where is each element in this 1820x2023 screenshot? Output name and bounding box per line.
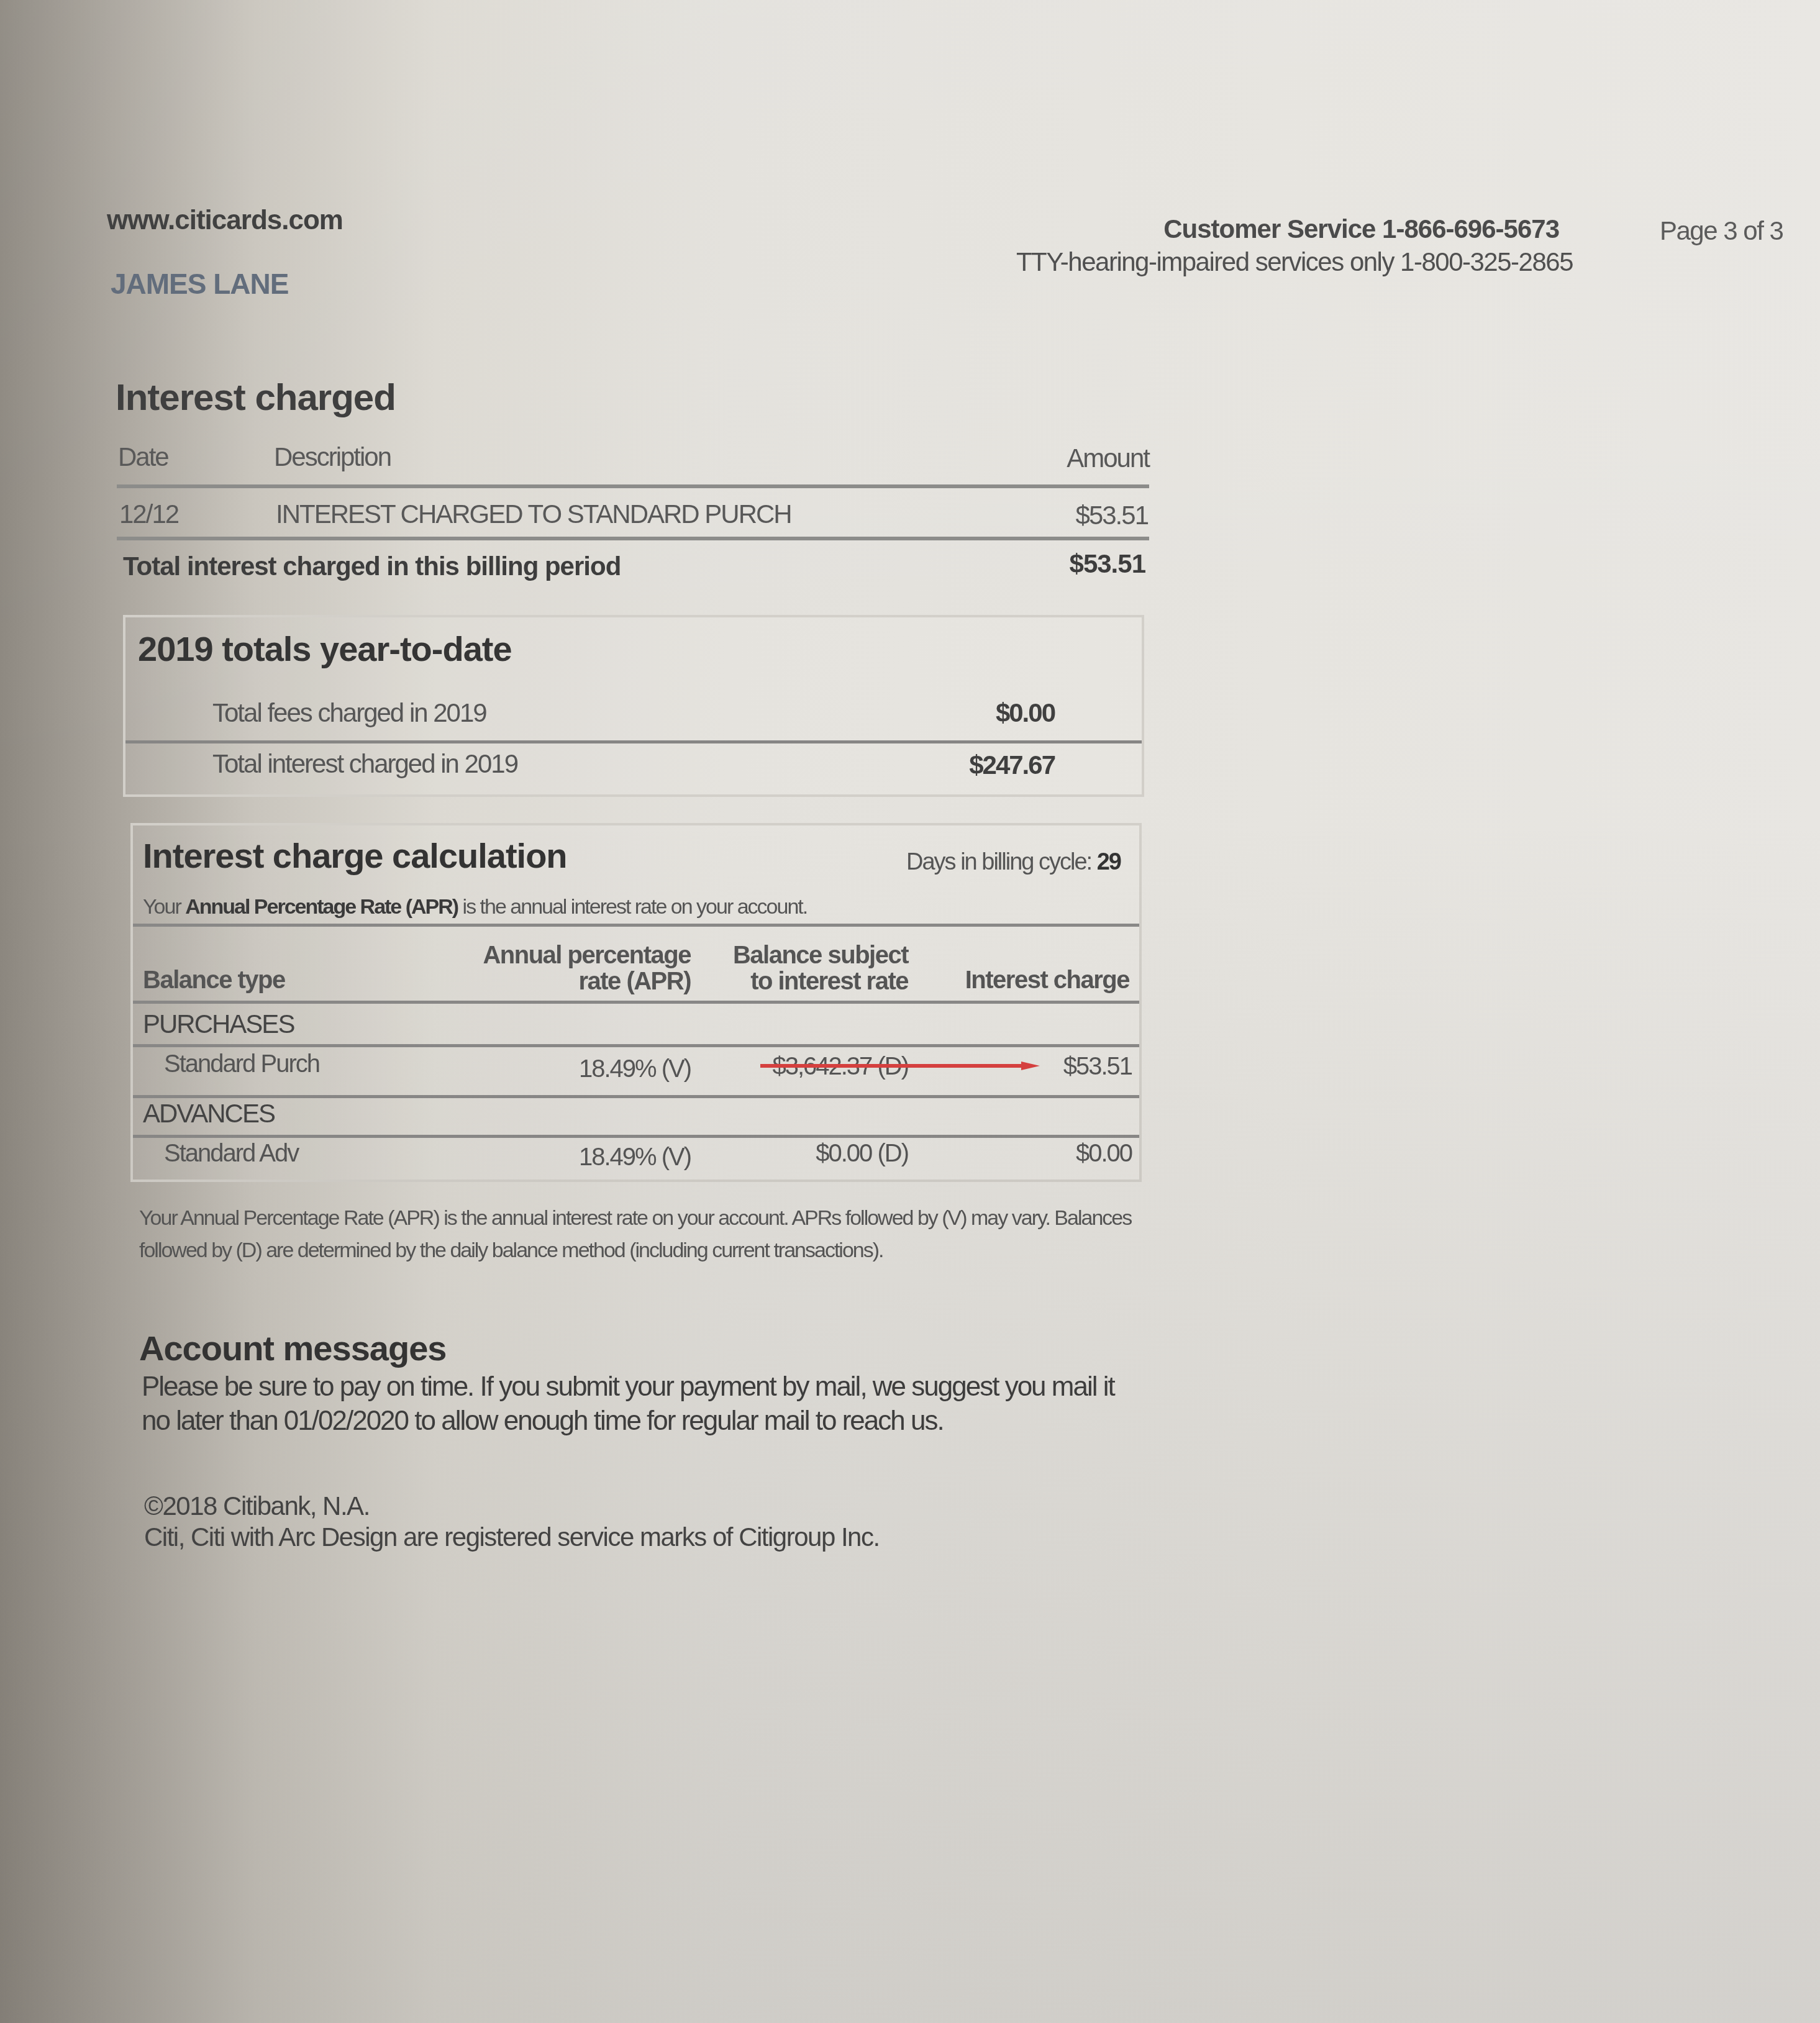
page-indicator: Page 3 of 3 [1660, 216, 1783, 246]
divider [133, 1135, 1139, 1138]
apr-standard-purch: 18.49% (V) [579, 1055, 691, 1083]
legal-text: ©2018 Citibank, N.A. Citi, Citi with Arc… [144, 1491, 1138, 1553]
tty-phone: TTY-hearing-impaired services only 1-800… [1016, 247, 1573, 277]
total-row: Total interest charged in this billing p… [117, 540, 1149, 590]
apr-standard-adv: 18.49% (V) [579, 1143, 691, 1171]
days-in-billing-cycle: Days in billing cycle: 29 [906, 849, 1121, 876]
ytd-row-fees: Total fees charged in 2019 $0.00 [125, 696, 1142, 739]
ytd-fees-value: $0.00 [996, 698, 1055, 728]
column-header-amount: Amount [1067, 443, 1149, 473]
column-header-date: Date [118, 442, 168, 472]
interest-calculation-title: Interest charge calculation [143, 835, 567, 876]
red-arrow-icon [760, 1062, 1040, 1070]
days-value: 29 [1097, 849, 1121, 875]
trademark-notice: Citi, Citi with Arc Design are registere… [144, 1522, 1138, 1553]
divider [125, 740, 1142, 743]
ytd-totals-box: 2019 totals year-to-date Total fees char… [123, 615, 1144, 797]
column-header-description: Description [274, 442, 391, 472]
apr-footnote: Your Annual Percentage Rate (APR) is the… [139, 1202, 1164, 1266]
total-interest-label: Total interest charged in this billing p… [123, 552, 621, 581]
transaction-description: INTEREST CHARGED TO STANDARD PURCH [276, 499, 791, 529]
balance-type-standard-purch: Standard Purch [164, 1050, 319, 1078]
column-header-balance-subject: Balance subject to interest rate [733, 942, 908, 994]
transaction-date: 12/12 [119, 499, 178, 529]
apr-note: Your Annual Percentage Rate (APR) is the… [143, 895, 807, 919]
divider [133, 1044, 1139, 1047]
group-purchases: PURCHASES [143, 1009, 294, 1039]
balance-type-standard-adv: Standard Adv [164, 1140, 298, 1168]
copyright: ©2018 Citibank, N.A. [144, 1491, 1138, 1522]
balance-standard-adv: $0.00 (D) [816, 1140, 908, 1168]
divider [133, 924, 1139, 927]
column-header-interest-charge: Interest charge [965, 967, 1129, 993]
ytd-totals-title: 2019 totals year-to-date [138, 629, 512, 669]
interest-standard-purch: $53.51 [1063, 1053, 1132, 1081]
group-advances: ADVANCES [143, 1099, 275, 1129]
table-row: 12/12 INTEREST CHARGED TO STANDARD PURCH… [117, 488, 1149, 540]
transaction-amount: $53.51 [1076, 501, 1148, 530]
divider [133, 1001, 1139, 1004]
customer-service-phone: Customer Service 1-866-696-5673 [1163, 214, 1559, 244]
cardholder-name: JAMES LANE [111, 267, 288, 301]
column-header-apr: Annual percentage rate (APR) [483, 942, 691, 994]
divider [133, 1095, 1139, 1098]
account-message-body: Please be sure to pay on time. If you su… [142, 1370, 1148, 1438]
ytd-fees-label: Total fees charged in 2019 [212, 698, 486, 728]
interest-calculation-box: Interest charge calculation Days in bill… [130, 823, 1142, 1182]
interest-standard-adv: $0.00 [1076, 1140, 1132, 1168]
website-url: www.citicards.com [107, 205, 343, 236]
column-header-balance-type: Balance type [143, 967, 285, 993]
interest-charged-table: Date Description Amount 12/12 INTEREST C… [117, 435, 1149, 590]
ytd-interest-value: $247.67 [969, 750, 1055, 780]
total-interest-amount: $53.51 [1070, 549, 1145, 579]
table-header: Date Description Amount [117, 435, 1149, 488]
account-messages-title: Account messages [139, 1328, 446, 1368]
ytd-interest-label: Total interest charged in 2019 [212, 749, 517, 779]
interest-charged-title: Interest charged [116, 376, 396, 419]
ytd-row-interest: Total interest charged in 2019 $247.67 [125, 749, 1142, 793]
